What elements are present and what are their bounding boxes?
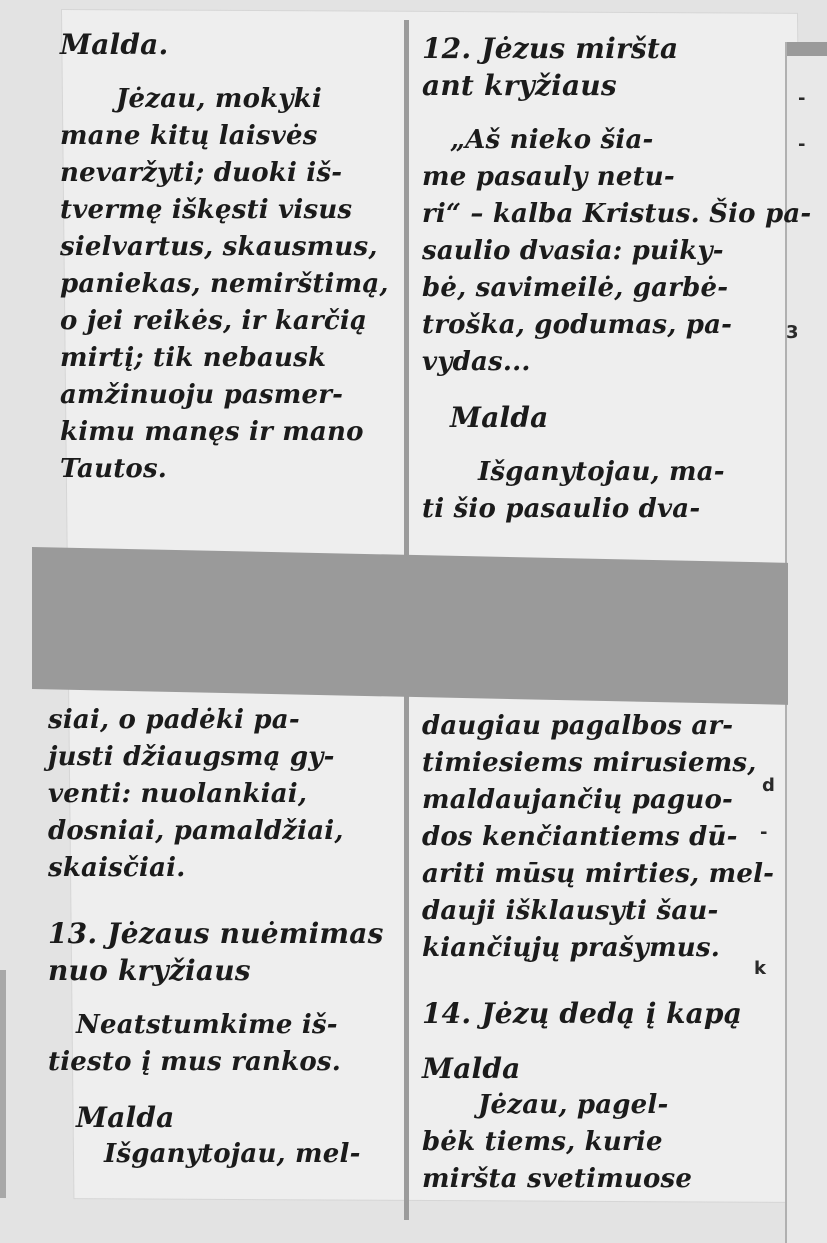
margin-mark: - [798,88,805,109]
text-line: Neatstumkime iš- [48,1007,393,1044]
text-line: vydas... [422,344,762,381]
margin-mark: k [754,958,766,979]
margin-mark: - [760,822,767,843]
prayer-title: Malda. [60,26,395,63]
left-column-bottom: siai, o padėki pa- justi džiaugsmą gy- v… [48,702,393,1173]
text-line: nevaržyti; duoki iš- [60,155,395,192]
text-line: timiesiems mirusiems, [422,745,762,782]
text-line: ariti mūsų mirties, mel- [422,856,762,893]
text-line: mirtį; tik nebausk [60,340,395,377]
text-line: dosniai, pamaldžiai, [48,813,393,850]
station-heading: nuo kryžiaus [48,952,393,989]
text-line: saulio dvasia: puiky- [422,233,762,270]
text-line: dos kenčiantiems dū- [422,819,762,856]
station-heading: 14. Jėzų dedą į kapą [422,995,762,1032]
margin-mark: 3 [786,322,799,343]
text-line: miršta svetimuose [422,1161,762,1198]
text-line: tvermę iškęsti visus [60,192,395,229]
prayer-title: Malda [422,399,762,436]
text-line: mane kitų laisvės [60,118,395,155]
text-line: bė, savimeilė, garbė- [422,270,762,307]
text-line: Išganytojau, ma- [422,454,762,491]
text-line: dauji išklausyti šau- [422,893,762,930]
text-line: o jei reikės, ir karčią [60,303,395,340]
text-line: amžinuoju pasmer- [60,377,395,414]
right-column-top: 12. Jėzus miršta ant kryžiaus „Aš nieko … [422,30,762,528]
margin-mark: - [798,134,805,155]
text-line: ti šio pasaulio dva- [422,491,762,528]
text-line: troška, godumas, pa- [422,307,762,344]
text-line: Jėzau, pagel- [422,1087,762,1124]
station-heading: 12. Jėzus miršta [422,30,762,67]
text-line: paniekas, nemirštimą, [60,266,395,303]
station-heading: ant kryžiaus [422,67,762,104]
text-line: Išganytojau, mel- [48,1136,393,1173]
page-edge-shadow [0,970,6,1198]
text-line: maldaujančių paguo- [422,782,762,819]
margin-mark: d [762,775,775,796]
text-line: tiesto į mus rankos. [48,1044,393,1081]
text-line: ri“ – kalba Kristus. Šio pa- [422,196,762,233]
left-column-top: Malda. Jėzau, mokyki mane kitų laisvės n… [60,26,395,488]
station-heading: 13. Jėzaus nuėmimas [48,915,393,952]
text-line: Jėzau, mokyki [60,81,395,118]
text-line: daugiau pagalbos ar- [422,708,762,745]
text-line: me pasauly netu- [422,159,762,196]
text-line: justi džiaugsmą gy- [48,739,393,776]
text-line: „Aš nieko šia- [422,122,762,159]
text-line: bėk tiems, kurie [422,1124,762,1161]
prayer-title: Malda [48,1099,393,1136]
text-line: kiančiųjų prašymus. [422,930,762,967]
right-column-bottom: daugiau pagalbos ar- timiesiems mirusiem… [422,708,762,1198]
text-line: Tautos. [60,451,395,488]
text-line: sielvartus, skausmus, [60,229,395,266]
text-line: venti: nuolankiai, [48,776,393,813]
text-line: siai, o padėki pa- [48,702,393,739]
prayer-title: Malda [422,1050,762,1087]
text-line: skaisčiai. [48,850,393,887]
text-line: kimu manęs ir mano [60,414,395,451]
adjacent-page-corner [787,42,827,56]
redaction-band [32,547,788,705]
